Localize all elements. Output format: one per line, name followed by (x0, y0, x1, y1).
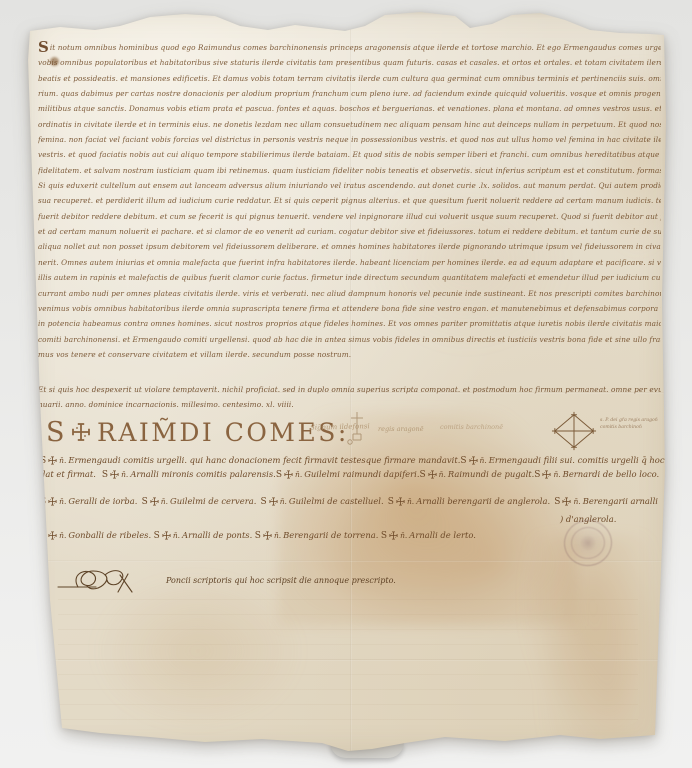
manuscript-line: fuerit debitor reddere debitum. et cum s… (38, 209, 661, 224)
witness-sig-n: n̄. (553, 470, 560, 479)
witness-entry: S n̄. Berengarii de torrena. (255, 530, 379, 541)
signum-cross-icon (71, 422, 91, 442)
manuscript-line: currant ambo nudi per omnes plateas civi… (38, 286, 661, 301)
witness-entry: S n̄. Berengarii arnalli (554, 496, 658, 507)
fold-crease (28, 659, 666, 661)
witness-sig-n: n̄. (173, 531, 180, 540)
witness-entry: S n̄. Arnalli de ponts. (154, 530, 253, 541)
manuscript-line: venimus vobis omnibus habitatoribus iler… (38, 301, 661, 316)
signum-cross-icon (428, 470, 437, 479)
signum-cross-icon (469, 456, 478, 465)
manuscript-line: illis autem in rapinis et malefactis de … (38, 270, 661, 285)
witness-entry: S n̄. Guilelmi de castelluel. (261, 496, 384, 507)
witness-sig-n: n̄. (407, 497, 414, 506)
signum-s: S (46, 417, 67, 448)
witness-sig-n: n̄. (573, 497, 580, 506)
manuscript-line: in potencia habeamus contra omnes homine… (38, 316, 661, 331)
charter-main-text: Sit notum omnibus hominibus quod ego Rai… (38, 40, 661, 362)
scribe-subscription: Poncii scriptoris qui hoc scripsit die a… (166, 576, 396, 585)
witness-name: Geralli de iorba. (68, 496, 137, 506)
witness-sig-s: S (554, 497, 560, 507)
witness-name: Arnalli berengarii de anglerola. (416, 496, 550, 506)
witness-sig-n: n̄. (480, 456, 487, 465)
witness-sig-n: n̄. (280, 497, 287, 506)
witness-sig-s: S (142, 497, 148, 507)
witness-sig-s: S (534, 470, 540, 480)
manuscript-line: comiti barchinonensi. et Ermengaudo comi… (38, 332, 661, 347)
fold-crease (28, 560, 666, 562)
manuscript-line: et ad certam manum noluerit ei pachare. … (38, 224, 661, 239)
archive-stamp (561, 517, 615, 569)
witness-sig-n: n̄. (400, 531, 407, 540)
witness-row: S n̄. Gonballi de ribeles. S n̄. Arnalli… (40, 530, 476, 541)
witness-sig-s: S (388, 497, 394, 507)
signum-cross-icon (284, 470, 293, 479)
witness-sig-s: S (460, 456, 466, 466)
witness-continuation-lead: dat et firmat. (40, 469, 96, 479)
witness-sig-n: n̄. (121, 470, 128, 479)
witness-entry: S n̄. Gonballi de ribeles. (40, 530, 151, 541)
dry-point-ruling (58, 599, 638, 731)
witness-sig-s: S (419, 470, 425, 480)
signum-cross-icon (150, 497, 159, 506)
signum-cross-icon (263, 531, 272, 540)
witness-entry: S n̄. Guilelmi raimundi dapiferi. (276, 469, 420, 480)
witness-sig-n: n̄. (161, 497, 168, 506)
manuscript-line: ordinatis in civitate ilerde et in termi… (38, 117, 661, 132)
parchment: Sit notum omnibus hominibus quod ego Rai… (28, 11, 666, 752)
witness-name: Raimundi de pugalt. (448, 469, 534, 479)
witness-row: dat et firmat. S n̄. Arnalli mironis com… (40, 469, 658, 480)
witness-row: S n̄. Ermengaudi comitis urgelli. qui ha… (40, 455, 658, 466)
witness-sig-n: n̄. (295, 470, 302, 479)
witness-sig-s: S (154, 531, 160, 541)
witness-name: Ermengaudi filii sui. comitis urgelli q̄… (489, 455, 683, 465)
witness-row: S n̄. Geralli de iorba. S n̄. Guilelmi d… (40, 496, 658, 507)
witness-name: Berengarii de torrena. (283, 530, 378, 540)
manuscript-line: it notum omnibus hominibus quod ego Raim… (50, 43, 661, 52)
witness-sig-n: n̄. (59, 456, 66, 465)
royal-signum-faded-text: comitis barchinonē (440, 423, 503, 431)
witness-entry: S n̄. Guilelmi de cervera. (142, 496, 257, 507)
witness-sig-n: n̄. (59, 497, 66, 506)
signum-cross-icon (269, 497, 278, 506)
manuscript-line: Si quis eduxerit cultellum aut ensem aut… (38, 178, 661, 193)
witness-name: Gonballi de ribeles. (68, 530, 151, 540)
signum-cross-icon (162, 531, 171, 540)
witness-sig-n: n̄. (439, 470, 446, 479)
royal-signum-faded-text: regis aragonē (378, 425, 424, 433)
signum-cross-icon (110, 470, 119, 479)
witness-sig-s: S (40, 531, 46, 541)
signum-cross-icon (48, 531, 57, 540)
signum-cross-icon (389, 531, 398, 540)
manuscript-line: sua recuperet. et perdiderit illum ad iu… (38, 193, 661, 208)
signum-cross-icon (396, 497, 405, 506)
manuscript-line: beatis et possideatis. et mansiones edif… (38, 71, 661, 86)
sanction-line: Et si quis hoc despexerit ut violare tem… (38, 382, 661, 397)
witness-name: Berengarii arnalli (583, 496, 658, 506)
witness-sig-n: n̄. (274, 531, 281, 540)
manuscript-line: nerit. Omnes autem iniurias et omnia mal… (38, 255, 661, 270)
photo-of-parchment-charter: Sit notum omnibus hominibus quod ego Rai… (0, 0, 692, 768)
witness-sig-s: S (381, 531, 387, 541)
witness-entry: S n̄. Raimundi de pugalt. (419, 469, 534, 480)
manuscript-line: mus vos tenere et conservare civitatem e… (38, 347, 661, 362)
comital-signum: S RAIM̃DI COMES: (46, 412, 349, 452)
witness-entry: S n̄. Ermengaudi comitis urgelli. qui ha… (40, 455, 460, 466)
witness-entry: S n̄. Ermengaudi filii sui. comitis urge… (460, 455, 683, 466)
witness-name: Arnalli mironis comitis palarensis. (130, 469, 276, 479)
stain (523, 536, 673, 746)
witness-entry: S n̄. Arnalli berengarii de anglerola. (388, 496, 550, 507)
manuscript-line: vestris. et quod faciatis nobis aut cui … (38, 147, 661, 162)
comital-signum-name: RAIM̃DI COMES: (97, 418, 349, 447)
witness-sig-s: S (255, 531, 261, 541)
witness-name: Arnalli de lerto. (409, 530, 476, 540)
signum-cross-icon (542, 470, 551, 479)
witness-name: Guilelmi raimundi dapiferi. (304, 469, 419, 479)
witness-name: Guilelmi de cervera. (170, 496, 256, 506)
witness-entry: S n̄. Arnalli mironis comitis palarensis… (102, 469, 276, 480)
manuscript-line: aliqua nollet aut non posset ipsum debit… (38, 239, 661, 254)
manuscript-line: femina. non faciat vel faciant vobis for… (38, 132, 661, 147)
decorated-initial: S (38, 40, 50, 55)
manuscript-line: rium. quas dabimus per cartas nostre don… (38, 86, 661, 101)
witness-entry: S n̄. Geralli de iorba. (40, 496, 137, 507)
royal-signum-note: s. P. dei gr̄a regis aragon̄ comitis bar… (600, 418, 662, 431)
scribe-flourish-icon (56, 565, 160, 599)
witness-name: Arnalli de ponts. (182, 530, 252, 540)
witness-entry: S n̄. Arnalli de lerto. (381, 530, 476, 541)
manuscript-line: vobis omnibus populatoribus et habitator… (38, 55, 661, 70)
royal-diamond-signum-icon (551, 410, 597, 452)
witness-sig-n: n̄. (59, 531, 66, 540)
signum-cross-icon (562, 497, 571, 506)
manuscript-line: fidelitatem. et salvam nostram iusticiam… (38, 163, 661, 178)
signum-cross-icon (48, 497, 57, 506)
witness-name: Bernardi de bello loco. (563, 469, 660, 479)
witness-entry: S n̄. Bernardi de bello loco. (534, 469, 659, 480)
witness-sig-s: S (40, 497, 46, 507)
witness-name: Ermengaudi comitis urgelli. qui hanc don… (68, 455, 460, 465)
royal-box-signum-icon (346, 409, 370, 445)
witness-sig-s: S (276, 470, 282, 480)
signum-cross-icon (48, 456, 57, 465)
witness-name: Guilelmi de castelluel. (289, 496, 384, 506)
witness-sig-s: S (102, 470, 108, 480)
witness-sig-s: S (261, 497, 267, 507)
witness-sig-s: S (40, 456, 46, 466)
manuscript-line: militibus atque sanctis. Donamus vobis e… (38, 101, 661, 116)
